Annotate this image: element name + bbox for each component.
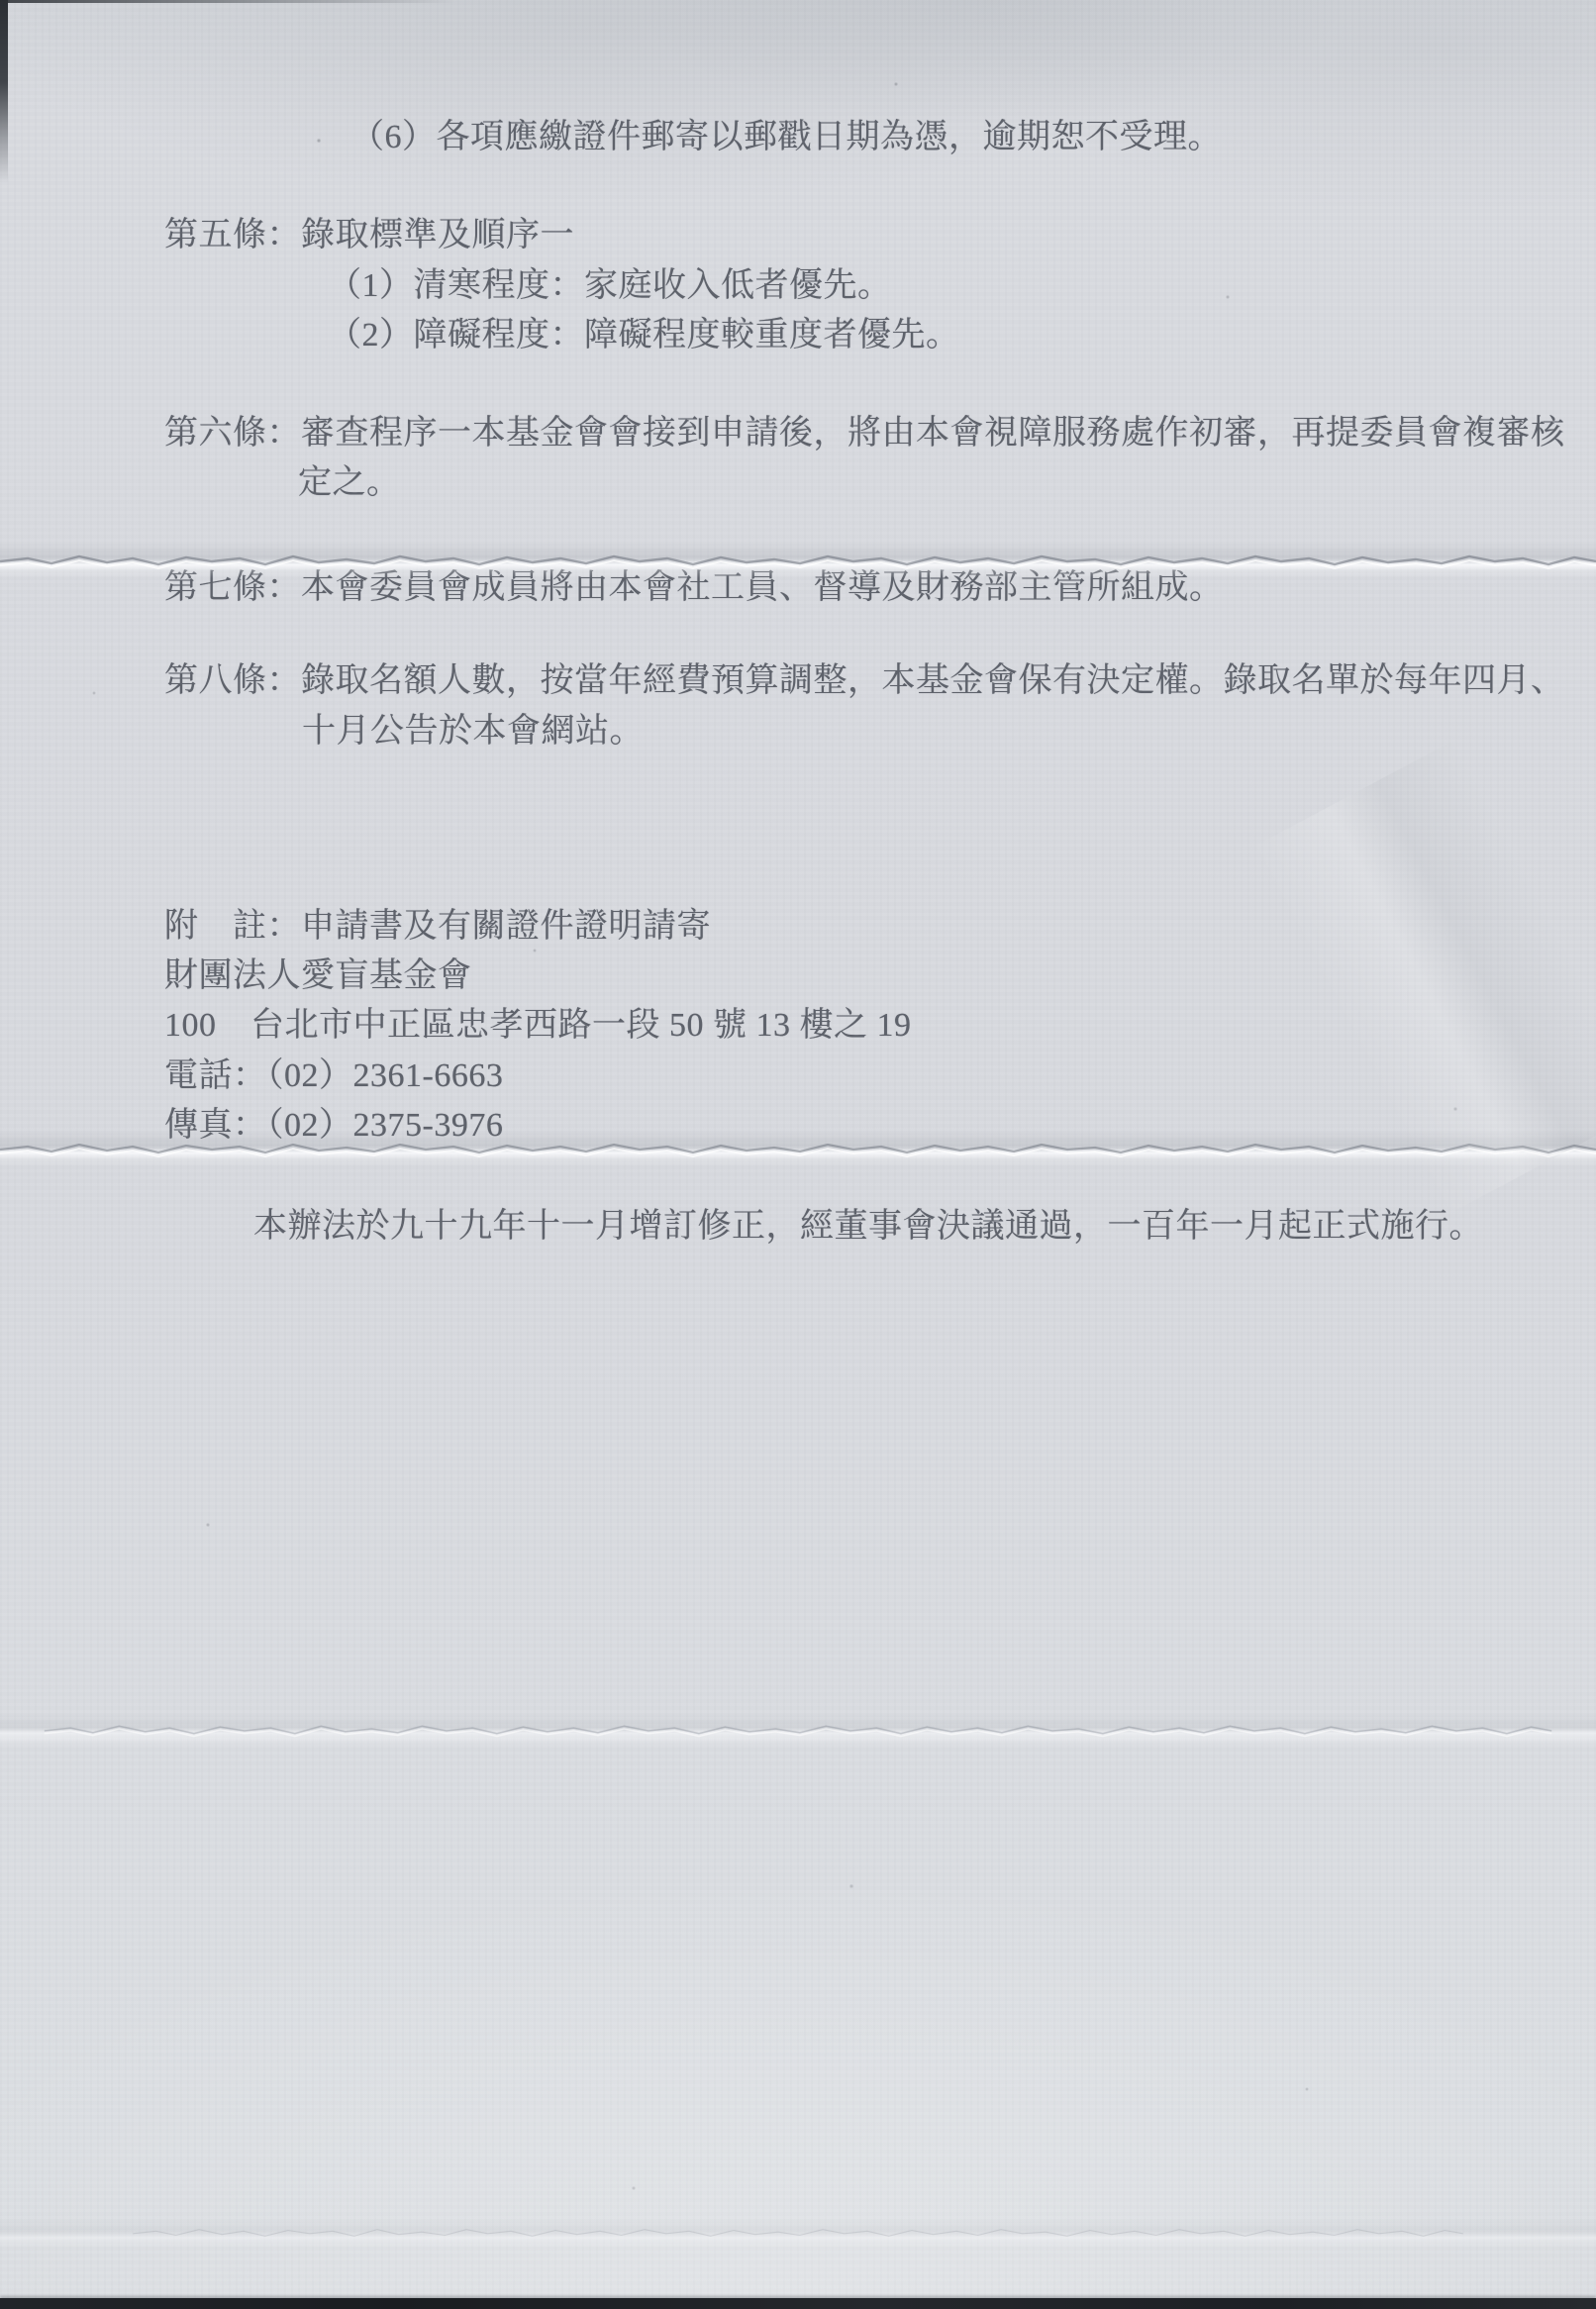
closing-statement: 本辦法於九十九年十一月增訂修正，經董事會決議通過，一百年一月起正式施行。	[253, 1210, 1483, 1244]
note-fax: 傳真：（02）2375-3976	[164, 1109, 503, 1143]
fold-crease-3-shadow	[0, 1713, 1596, 1747]
article-6-text-line-2: 定之。	[298, 466, 401, 500]
fold-crease-3	[0, 1713, 1596, 1747]
article-5-item-1: （1）清寒程度：家庭收入低者優先。	[328, 269, 892, 303]
note-heading: 附 註：申請書及有關證件證明請寄	[164, 910, 711, 944]
scan-artifact-bottom-edge	[0, 2298, 1596, 2309]
article-5-heading: 第五條：錄取標準及順序一	[164, 219, 574, 252]
note-address: 100 台北市中正區忠孝西路一段 50 號 13 樓之 19	[164, 1009, 912, 1043]
scanned-document-page: （6）各項應繳證件郵寄以郵戳日期為憑，逾期恕不受理。 第五條：錄取標準及順序一 …	[0, 0, 1596, 2309]
scan-artifact-top-edge	[0, 0, 455, 3]
note-phone: 電話：（02）2361-6663	[164, 1059, 503, 1093]
article-7-text: 第七條：本會委員會成員將由本會社工員、督導及財務部主管所組成。	[164, 571, 1224, 605]
paper-wrinkle-right	[1103, 666, 1596, 1294]
fold-crease-3-jagged-line	[0, 1713, 1596, 1747]
fold-crease-4	[0, 2218, 1596, 2248]
article-8-text-line-2: 十月公告於本會網站。	[302, 715, 644, 749]
article-5-item-2: （2）障礙程度：障礙程度較重度者優先。	[328, 319, 960, 352]
article-6-text-line-1: 第六條：審查程序一本基金會會接到申請後，將由本會視障服務處作初審，再提委員會複審…	[164, 417, 1565, 451]
fold-crease-4-shadow	[0, 2218, 1596, 2248]
fold-crease-4-jagged-line	[0, 2218, 1596, 2248]
scan-artifact-left-edge	[0, 0, 8, 183]
article-8-text-line-1: 第八條：錄取名額人數，按當年經費預算調整，本基金會保有決定權。錄取名單於每年四月…	[164, 664, 1565, 698]
note-org-name: 財團法人愛盲基金會	[164, 959, 472, 993]
clause-6-line: （6）各項應繳證件郵寄以郵戳日期為憑，逾期恕不受理。	[350, 121, 1222, 154]
